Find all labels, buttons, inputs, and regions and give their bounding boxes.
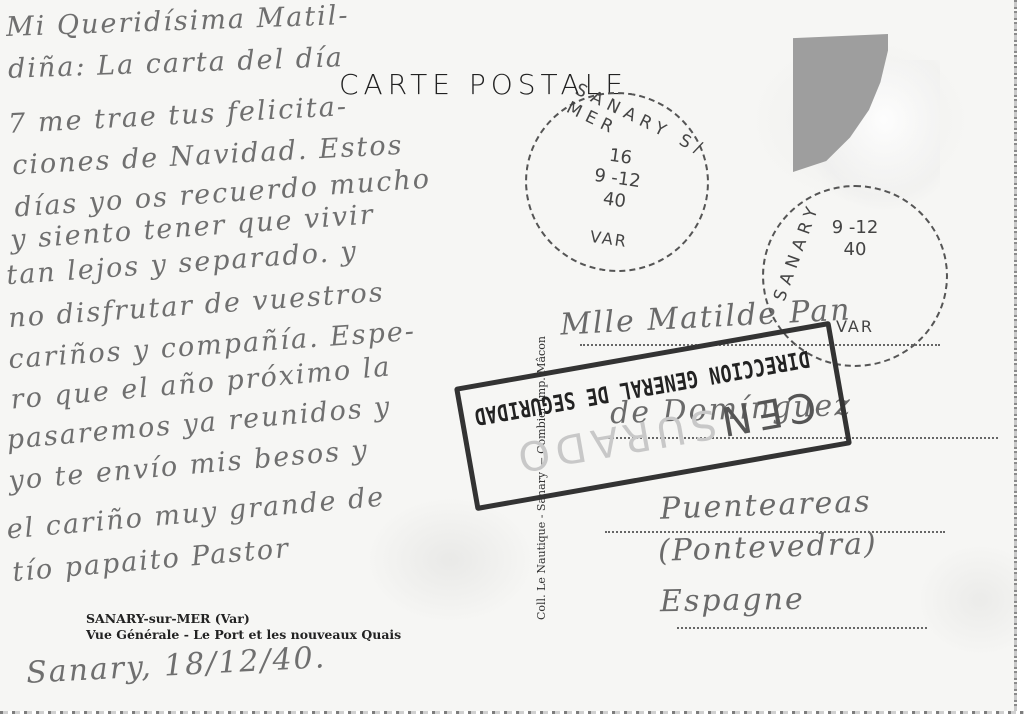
censor-stamp: CENSURADO DIRECCION GENERAL DE SEGURIDAD [454,321,852,511]
recipient-country: Espagne [660,582,805,620]
photo-caption: SANARY-sur-MER (Var) Vue Générale - Le P… [86,611,401,643]
postmark-year: 40 [764,239,946,261]
message-line: Mi Queridísima Matil- [6,0,350,43]
handwritten-date: Sanary, 18/12/40. [25,640,327,691]
postmark-day-month: 9 -12 [764,217,946,239]
postmark-sanary: SANARY S/ MER 16 9 -12 40 VAR [513,80,720,284]
recipient-town: Puenteareas [659,484,872,526]
deckled-edge-bottom [0,711,1024,721]
caption-location: SANARY-sur-MER (Var) [86,611,401,627]
message-line: diña: La carta del día [8,42,345,85]
message-line: 7 me trae tus felicita- [7,91,348,140]
postmark-dept: VAR [519,217,700,261]
caption-description: Vue Générale - Le Port et les nouveaux Q… [86,627,401,643]
address-rule [677,627,927,629]
recipient-province: (Pontevedra) [657,526,878,569]
postmark-date: 9 -12 40 [764,217,946,261]
postcard-back: Mi Queridísima Matil- diña: La carta del… [0,0,1017,712]
censor-title-visible: CEN [712,382,820,445]
deckled-edge-right [1014,0,1024,721]
